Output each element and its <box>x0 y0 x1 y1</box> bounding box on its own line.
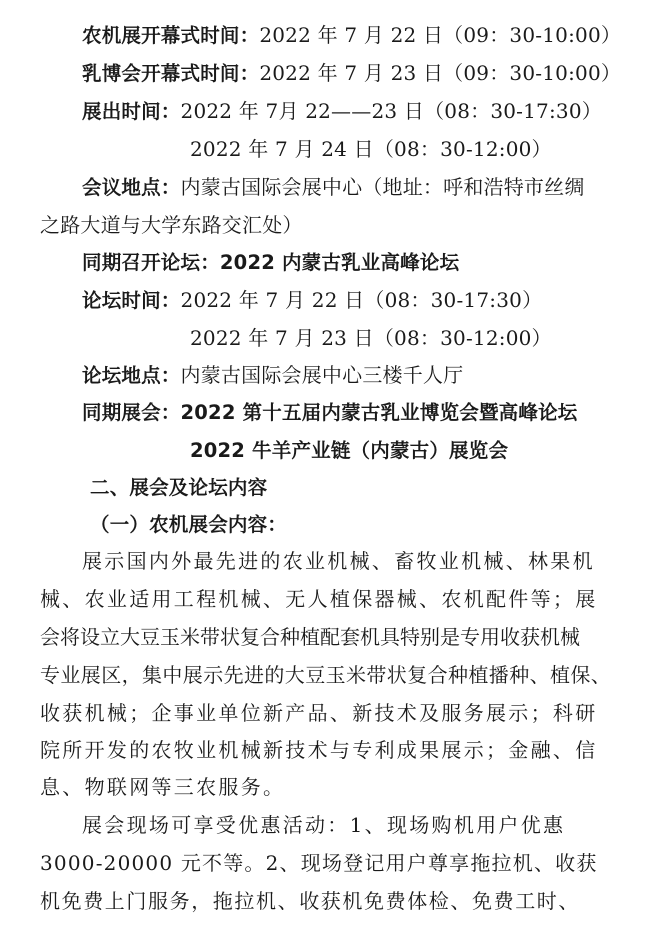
exhibition-time-2: 2022 年 7 月 24 日（08：30-12:00） <box>190 136 552 162</box>
forum-time-label: 论坛时间： <box>82 289 181 312</box>
forum-time: 论坛时间：2022 年 7 月 22 日（08：30-17:30） <box>82 287 542 314</box>
paragraph-line: 3000-20000 元不等。2、现场登记用户尊享拖拉机、收获 <box>40 850 598 876</box>
venue-continued: 之路大道与大学东路交汇处） <box>40 212 303 238</box>
forum-venue-value: 内蒙古国际会展中心三楼千人厅 <box>181 363 464 387</box>
forum-time-value: 2022 年 7 月 22 日（08：30-17:30） <box>181 288 543 312</box>
forum-time-value-2: 2022 年 7 月 23 日（08：30-12:00） <box>190 326 552 350</box>
paragraph-line: 收获机械；企事业单位新产品、新技术及服务展示；科研 <box>40 700 598 726</box>
venue: 会议地点：内蒙古国际会展中心（地址：呼和浩特市丝绸 <box>82 174 585 201</box>
section-heading: 二、展会及论坛内容 <box>90 475 267 501</box>
exhibition-time-value-2: 2022 年 7 月 24 日（08：30-12:00） <box>190 137 552 161</box>
forum-venue: 论坛地点：内蒙古国际会展中心三楼千人厅 <box>82 362 463 389</box>
concurrent-exhibitions-label: 同期展会： <box>82 401 181 424</box>
venue-label: 会议地点： <box>82 176 181 199</box>
forum-venue-label: 论坛地点： <box>82 364 181 387</box>
paragraph-line: 息、物联网等三农服务。 <box>40 774 285 800</box>
agri-opening-time: 农机展开幕式时间：2022 年 7 月 22 日（09：30-10:00） <box>82 22 621 49</box>
paragraph-line: 院所开发的农牧业机械新技术与专利成果展示；金融、信 <box>40 737 598 763</box>
paragraph-line: 机免费上门服务，拖拉机、收获机免费体检、免费工时、 <box>40 888 580 914</box>
dairy-opening-time-label: 乳博会开幕式时间： <box>82 62 259 85</box>
concurrent-exhibitions-value-2: 2022 牛羊产业链（内蒙古）展览会 <box>190 439 508 462</box>
concurrent-forum-label: 同期召开论坛： <box>82 251 220 274</box>
concurrent-forum-value: 2022 内蒙古乳业高峰论坛 <box>220 251 459 274</box>
concurrent-exhibitions: 同期展会：2022 第十五届内蒙古乳业博览会暨高峰论坛 <box>82 400 577 426</box>
document-page: 农机展开幕式时间：2022 年 7 月 22 日（09：30-10:00） 乳博… <box>0 0 656 952</box>
dairy-opening-time: 乳博会开幕式时间：2022 年 7 月 23 日（09：30-10:00） <box>82 60 621 87</box>
concurrent-forum: 同期召开论坛：2022 内蒙古乳业高峰论坛 <box>82 250 459 276</box>
venue-value: 内蒙古国际会展中心（地址：呼和浩特市丝绸 <box>181 175 585 199</box>
exhibition-time: 展出时间：2022 年 7月 22——23 日（08：30-17:30） <box>82 98 602 125</box>
subsection-heading: （一）农机展会内容： <box>90 512 287 538</box>
forum-time-2: 2022 年 7 月 23 日（08：30-12:00） <box>190 325 552 351</box>
agri-opening-time-value: 2022 年 7 月 22 日（09：30-10:00） <box>259 23 621 47</box>
concurrent-exhibitions-2: 2022 牛羊产业链（内蒙古）展览会 <box>190 438 508 464</box>
agri-opening-time-label: 农机展开幕式时间： <box>82 24 259 47</box>
exhibition-time-value: 2022 年 7月 22——23 日（08：30-17:30） <box>181 99 602 123</box>
venue-value-2: 之路大道与大学东路交汇处） <box>40 213 303 237</box>
paragraph-line: 械、农业适用工程机械、无人植保器械、农机配件等；展 <box>40 586 598 612</box>
dairy-opening-time-value: 2022 年 7 月 23 日（09：30-10:00） <box>259 61 621 85</box>
paragraph-line: 展示国内外最先进的农业机械、畜牧业机械、林果机 <box>82 548 595 574</box>
paragraph-line: 展会现场可享受优惠活动：1、现场购机用户优惠 <box>82 812 565 838</box>
concurrent-exhibitions-value: 2022 第十五届内蒙古乳业博览会暨高峰论坛 <box>181 401 578 424</box>
exhibition-time-label: 展出时间： <box>82 100 181 123</box>
paragraph-line: 会将设立大豆玉米带状复合种植配套机具特别是专用收获机械 <box>40 624 580 650</box>
paragraph-line: 专业展区，集中展示先进的大豆玉米带状复合种植播种、植保、 <box>40 662 611 688</box>
